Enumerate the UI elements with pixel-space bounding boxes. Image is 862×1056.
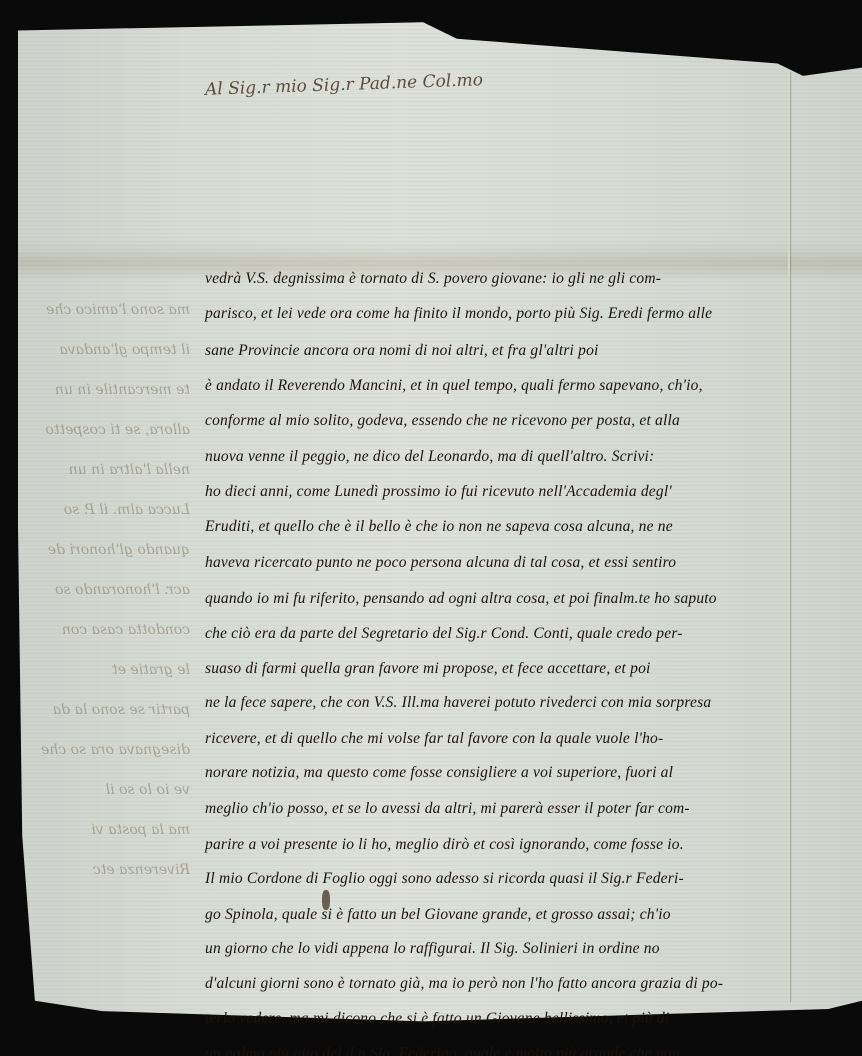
handwritten-line: quando io mi fu riferito, pensando ad og… (205, 590, 717, 608)
bleed-through-line: disegnava ora so che (20, 730, 190, 770)
bleed-through-line: ve io lo so il (20, 770, 190, 810)
handwritten-line: Eruditi, et quello che è il bello è che … (205, 518, 673, 536)
handwritten-line: vedrà V.S. degnissima è tornato di S. po… (205, 270, 661, 288)
bleed-through-line: Lucca alm. il P. so (20, 490, 190, 530)
handwritten-line: che ciò era da parte del Segretario del … (205, 625, 683, 643)
handwritten-line: parire a voi presente io li ho, meglio d… (205, 836, 684, 854)
bleed-through-text: ma sono l'amico cheil tempo gl'andavate … (20, 290, 190, 970)
handwritten-line: go Spinola, quale si è fatto un bel Giov… (205, 906, 671, 924)
bleed-through-line: le gratie et (20, 650, 190, 690)
handwritten-line: è andato il Reverendo Mancini, et in que… (205, 377, 703, 395)
bleed-through-line: condotta casa con (20, 610, 190, 650)
handwritten-line: ricevere, et di quello che mi volse far … (205, 730, 663, 748)
bleed-through-line: allora, se ti cospetto (20, 410, 190, 450)
handwritten-line: haveva ricercato punto ne poco persona a… (205, 554, 676, 572)
handwritten-line: meglio ch'io posso, et se lo avessi da a… (205, 800, 690, 818)
handwritten-line: terlo vedere, ma mi dicono che si è fatt… (205, 1010, 670, 1028)
vertical-fold-crease (788, 72, 790, 1002)
handwritten-line: conforme al mio solito, godeva, essendo … (205, 412, 680, 430)
handwritten-line: d'alcuni giorni sono è tornato già, ma i… (205, 975, 723, 993)
bleed-through-line: partir se sono la da (20, 690, 190, 730)
bleed-through-line: il tempo gl'andava (20, 330, 190, 370)
handwritten-line: un giorno che lo vidi appena lo raffigur… (205, 940, 660, 958)
handwritten-line: Il mio Cordone di Foglio oggi sono adess… (205, 870, 684, 888)
handwritten-line: ne la fece sapere, che con V.S. Ill.ma h… (205, 694, 711, 712)
bleed-through-line: Riverenza etc (20, 850, 190, 890)
bleed-through-line: ma la posta vi (20, 810, 190, 850)
handwritten-line: nuova venne il peggio, ne dico del Leona… (205, 448, 654, 466)
handwritten-line: suaso di farmi quella gran favore mi pro… (205, 660, 651, 678)
handwritten-line: ho dieci anni, come Lunedì prossimo io f… (205, 483, 672, 501)
bleed-through-line: te mercantile in un (20, 370, 190, 410)
handwritten-line: parisco, et lei vede ora come ha finito … (205, 305, 712, 323)
bleed-through-line: ma sono l'amico che (20, 290, 190, 330)
handwritten-line: sane Provincie ancora ora nomi di noi al… (205, 342, 599, 360)
bleed-through-line: nella l'altra in un (20, 450, 190, 490)
handwritten-line: norare notizia, ma questo come fosse con… (205, 764, 673, 782)
ink-blot (322, 890, 330, 910)
bleed-through-line: acr. l'honorando so (20, 570, 190, 610)
handwritten-line: un palmo più alto del d.o Sig. Federigo,… (205, 1045, 680, 1056)
bleed-through-line: quando gl'honori de (20, 530, 190, 570)
